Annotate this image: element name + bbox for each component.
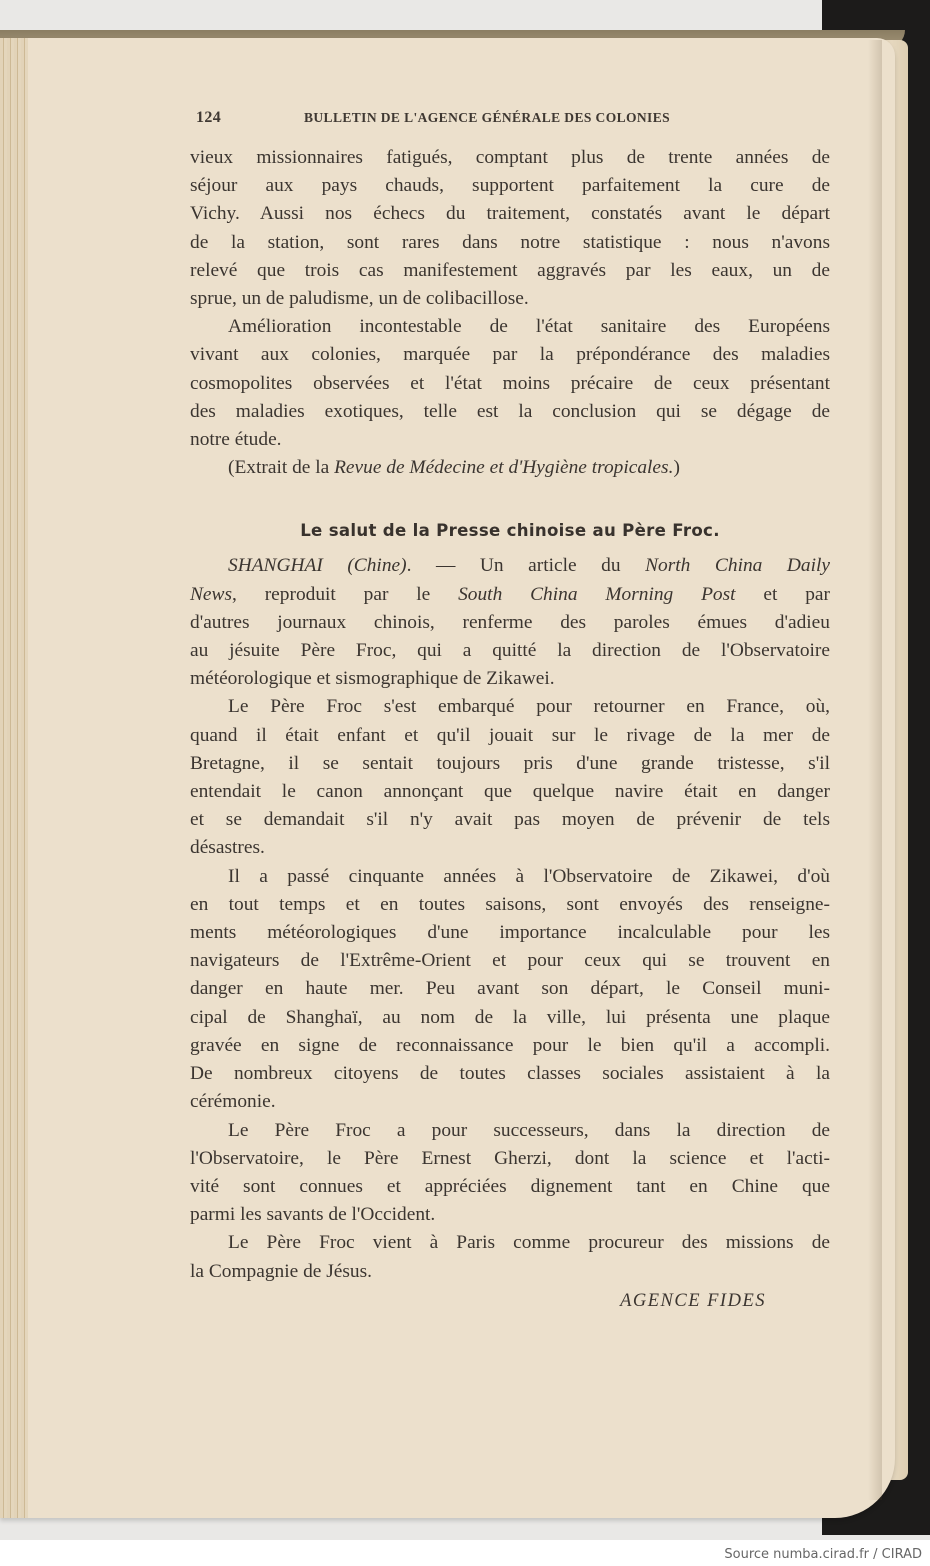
article-paragraph: Le Père Froc a pour successeurs, dans la… [190, 1117, 830, 1230]
journal-title: BULLETIN DE L'AGENCE GÉNÉRALE DES COLONI… [304, 104, 670, 132]
text-line: ments météorologiques d'une importance i… [190, 919, 830, 947]
text-line: danger en haute mer. Peu avant son dépar… [190, 975, 830, 1003]
text-line: vieux missionnaires fatigués, comptant p… [190, 144, 830, 172]
text-line: vivant aux colonies, marquée par la prép… [190, 341, 830, 369]
text-line: Amélioration incontestable de l'état san… [190, 313, 830, 341]
text-line: de la station, sont rares dans notre sta… [190, 229, 830, 257]
text-line: Le Père Froc vient à Paris comme procure… [190, 1229, 830, 1257]
newspaper-name: North China Daily [645, 555, 830, 576]
page-text: 124 BULLETIN DE L'AGENCE GÉNÉRALE DES CO… [190, 104, 830, 1316]
article-paragraph: Il a passé cinquante années à l'Observat… [190, 863, 830, 1117]
article-paragraph: SHANGHAI (Chine). — Un article du North … [190, 552, 830, 693]
text-line: séjour aux pays chauds, supportent parfa… [190, 172, 830, 200]
text-line: d'autres journaux chinois, renferme des … [190, 609, 830, 637]
newspaper-name: News [190, 584, 232, 605]
citation-prefix: (Extrait de la [228, 457, 334, 478]
text-line: l'Observatoire, le Père Ernest Gherzi, d… [190, 1145, 830, 1173]
text-line: la Compagnie de Jésus. [190, 1258, 830, 1286]
newspaper-name: South China Morning Post [458, 584, 735, 605]
paragraph-continuation: vieux missionnaires fatigués, comptant p… [190, 144, 830, 313]
text-line: quand il était enfant et qu'il jouait su… [190, 722, 830, 750]
page-number: 124 [190, 104, 304, 132]
text-line: News, reproduit par le South China Morni… [190, 581, 830, 609]
source-credit: Source numba.cirad.fr / CIRAD [724, 1547, 922, 1562]
text-line: cérémonie. [190, 1088, 830, 1116]
page-gutter-shadow [868, 40, 882, 1500]
text-line: en tout temps et en toutes saisons, sont… [190, 891, 830, 919]
text-line: Bretagne, il se sentait toujours pris d'… [190, 750, 830, 778]
citation-suffix: ) [673, 457, 679, 478]
text-line: et se demandait s'il n'y avait pas moyen… [190, 806, 830, 834]
text-line: Il a passé cinquante années à l'Observat… [190, 863, 830, 891]
article-paragraph: Le Père Froc s'est embarqué pour retourn… [190, 693, 830, 862]
text-line: De nombreux citoyens de toutes classes s… [190, 1060, 830, 1088]
text-line: au jésuite Père Froc, qui a quitté la di… [190, 637, 830, 665]
citation: (Extrait de la Revue de Médecine et d'Hy… [190, 454, 830, 482]
paragraph-conclusion: Amélioration incontestable de l'état san… [190, 313, 830, 454]
dateline: SHANGHAI (Chine) [228, 555, 407, 576]
article-paragraph: Le Père Froc vient à Paris comme procure… [190, 1229, 830, 1285]
text-line: cipal de Shanghaï, au nom de la ville, l… [190, 1004, 830, 1032]
page-stack-edges [0, 38, 28, 1518]
text-line: des maladies exotiques, telle est la con… [190, 398, 830, 426]
running-head: 124 BULLETIN DE L'AGENCE GÉNÉRALE DES CO… [190, 104, 830, 144]
text-line: relevé que trois cas manifestement aggra… [190, 257, 830, 285]
text-line: navigateurs de l'Extrême-Orient et pour … [190, 947, 830, 975]
text-line: notre étude. [190, 426, 830, 454]
text-line: SHANGHAI (Chine). — Un article du North … [190, 552, 830, 580]
text-line: Le Père Froc s'est embarqué pour retourn… [190, 693, 830, 721]
text-line: parmi les savants de l'Occident. [190, 1201, 830, 1229]
article-title: Le salut de la Presse chinoise au Père F… [190, 516, 830, 546]
text-line: cosmopolites observées et l'état moins p… [190, 370, 830, 398]
text-line: gravée en signe de reconnaissance pour l… [190, 1032, 830, 1060]
text-line: Le Père Froc a pour successeurs, dans la… [190, 1117, 830, 1145]
text-line: vité sont connues et appréciées dignemen… [190, 1173, 830, 1201]
text-line: sprue, un de paludisme, un de colibacill… [190, 285, 830, 313]
text-line: désastres. [190, 834, 830, 862]
signature: AGENCE FIDES [190, 1286, 830, 1316]
citation-journal: Revue de Médecine et d'Hygiène tropicale… [334, 457, 673, 478]
text-line: entendait le canon annonçant que quelque… [190, 778, 830, 806]
text-line: météorologique et sismographique de Zika… [190, 665, 830, 693]
text-line: Vichy. Aussi nos échecs du traitement, c… [190, 200, 830, 228]
